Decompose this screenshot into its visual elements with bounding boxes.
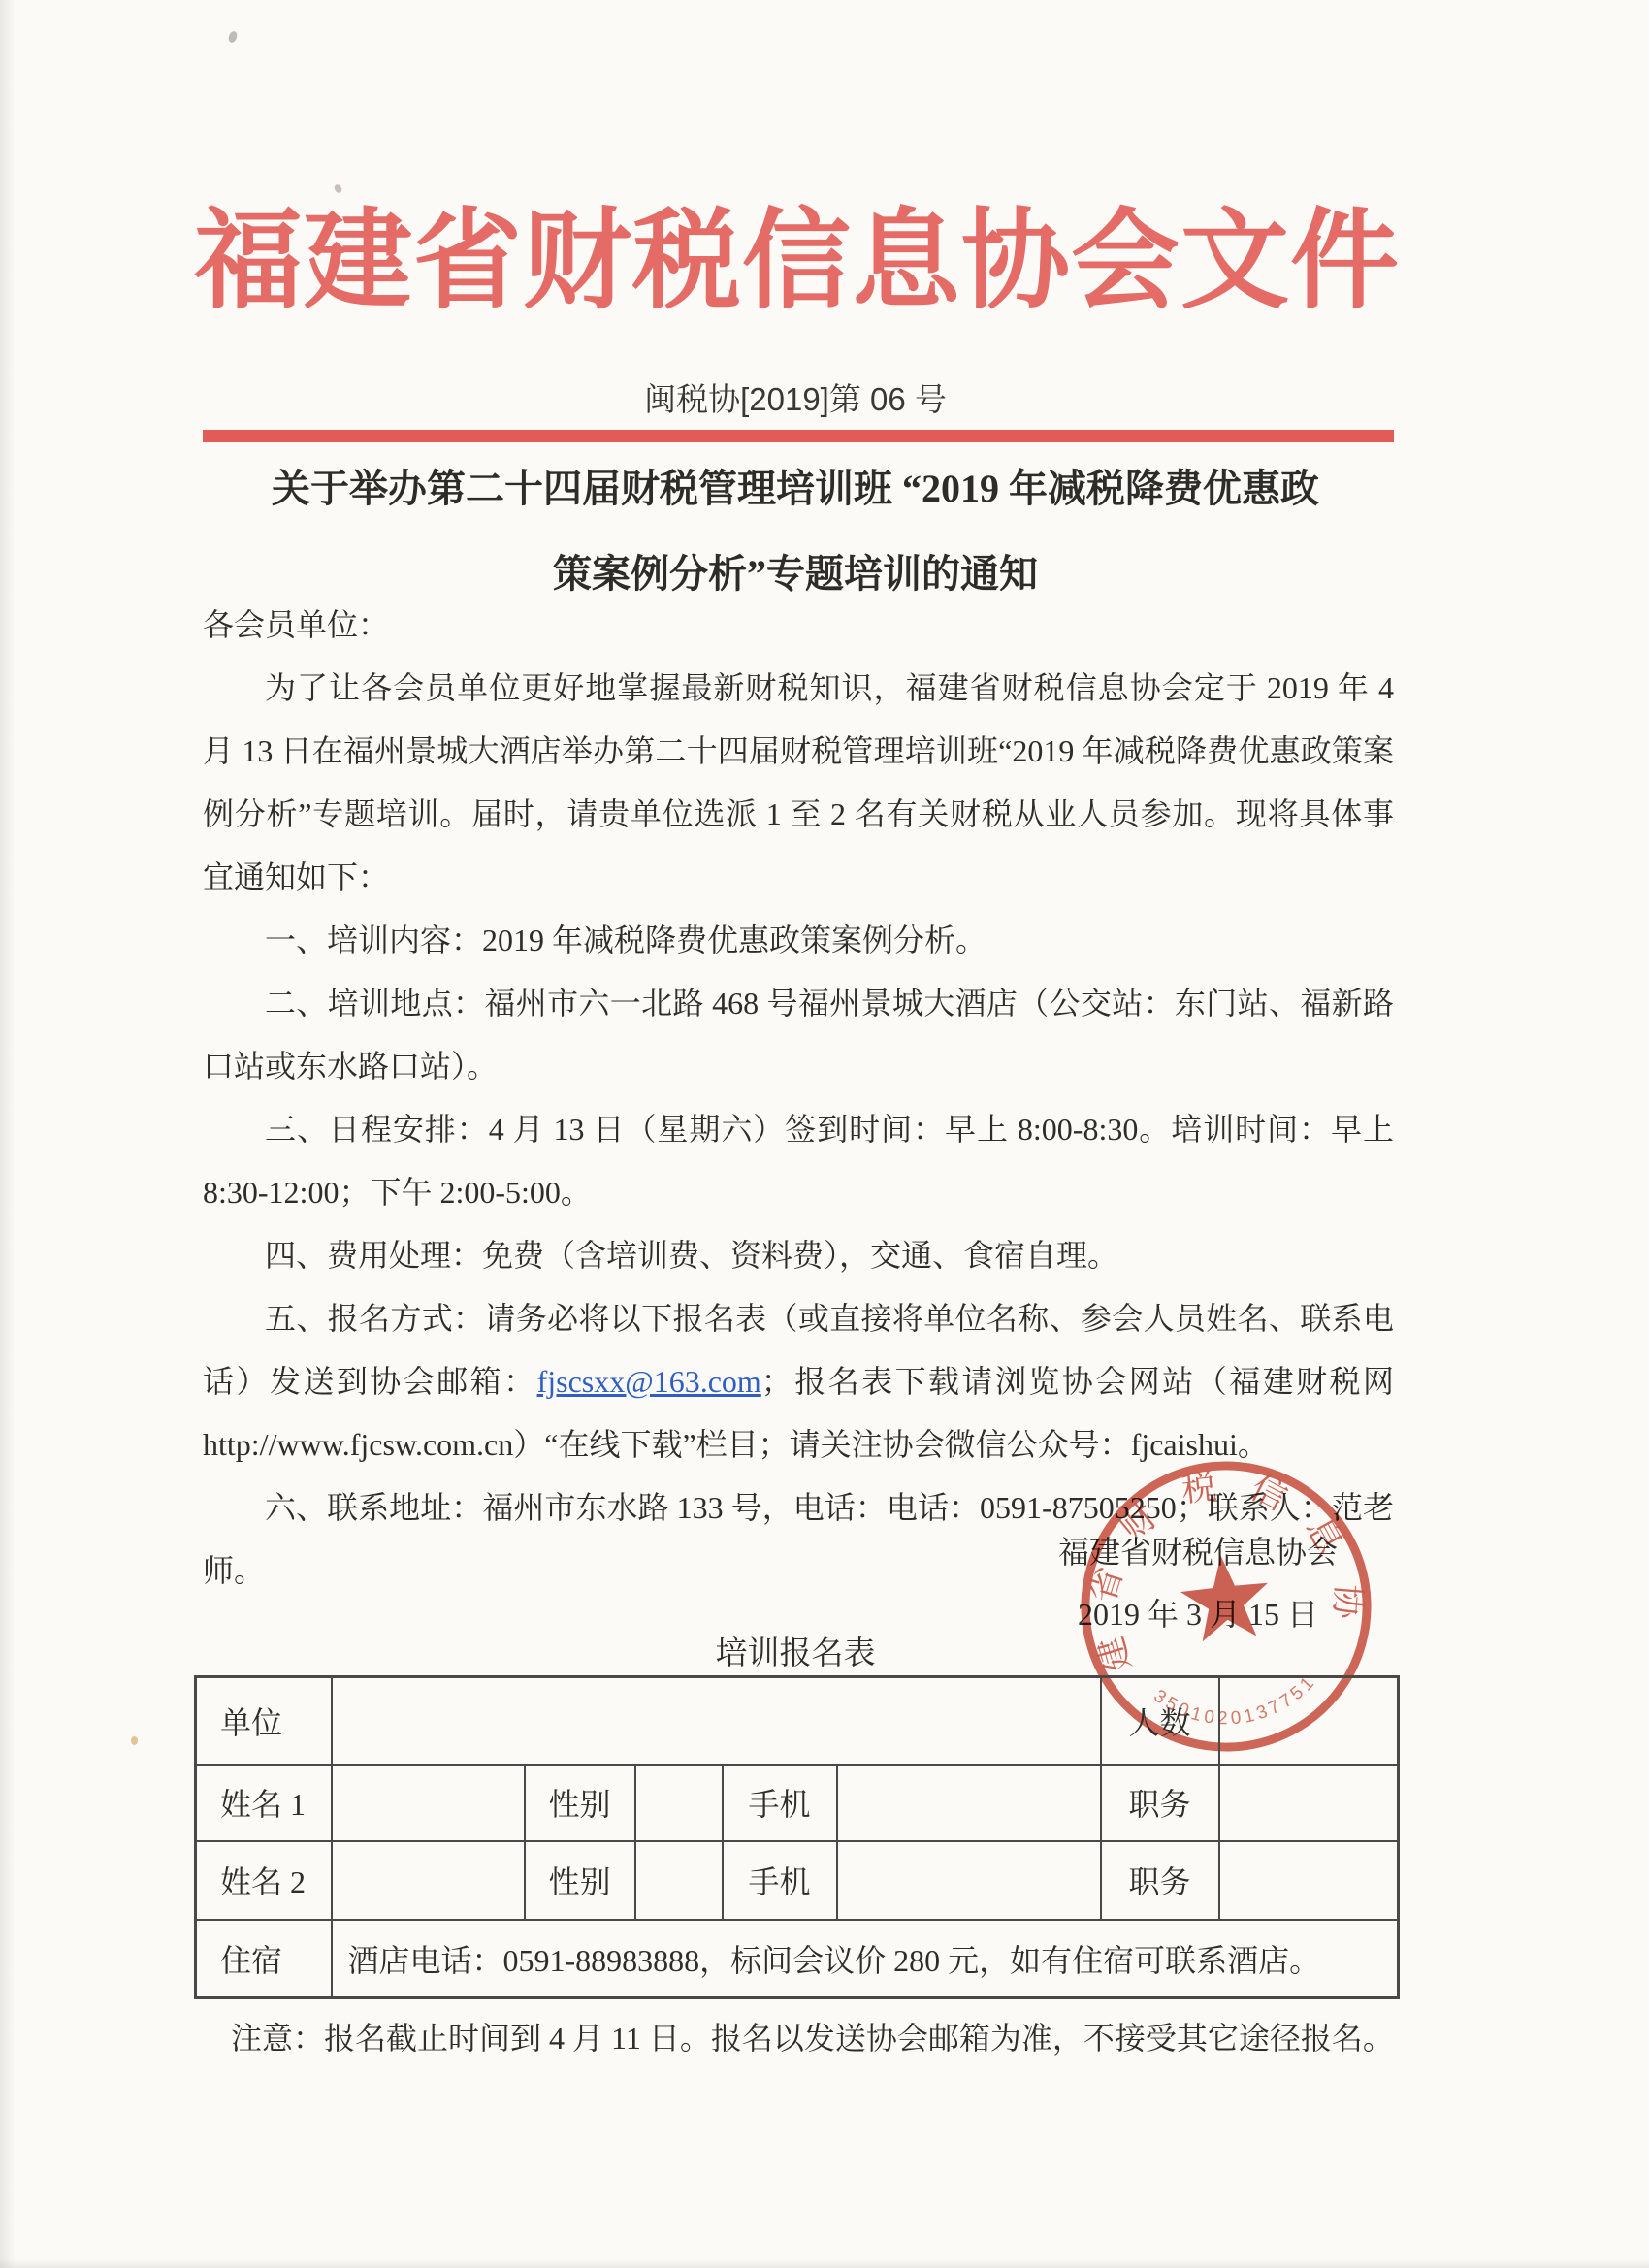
table-row-unit: 单位 人数 — [196, 1677, 1399, 1765]
item-training-fee: 四、费用处理：免费（含培训费、资料费），交通、食宿自理。 — [203, 1224, 1394, 1287]
unit-label-cell: 单位 — [196, 1677, 332, 1765]
gender2-value-cell — [635, 1841, 723, 1920]
phone1-label-cell: 手机 — [723, 1765, 837, 1841]
notice-body: 各会员单位： 为了让各会员单位更好地掌握最新财税知识，福建省财税信息协会定于 2… — [203, 594, 1394, 1603]
notice-title-line1: 关于举办第二十四届财税管理培训班 “2019 年减税降费优惠政 — [194, 446, 1397, 532]
scan-speck — [131, 1736, 138, 1745]
item-training-location: 二、培训地点：福州市六一北路 468 号福州景城大酒店（公交站：东门站、福新路口… — [203, 972, 1394, 1098]
phone2-value-cell — [837, 1841, 1101, 1920]
item-training-content: 一、培训内容：2019 年减税降费优惠政策案例分析。 — [203, 909, 1394, 972]
email-address: fjscsxx@163.com — [537, 1364, 761, 1399]
table-row-lodging: 住宿 酒店电话：0591-88983888，标间会议价 280 元，如有住宿可联… — [196, 1920, 1399, 1998]
name2-label-cell: 姓名 2 — [196, 1841, 332, 1920]
count-value-cell — [1219, 1677, 1399, 1765]
scanned-document-page: 福建省财税信息协会文件 闽税协[2019]第 06 号 关于举办第二十四届财税管… — [0, 0, 1649, 2268]
letterhead-divider-line — [203, 430, 1394, 442]
phone1-value-cell — [837, 1765, 1101, 1841]
gender1-value-cell — [635, 1765, 723, 1841]
registration-form-table: 单位 人数 姓名 1 性别 手机 职务 姓名 2 性别 手机 职务 住宿 — [194, 1675, 1400, 1999]
title1-value-cell — [1219, 1765, 1399, 1841]
item-training-schedule: 三、日程安排：4 月 13 日（星期六）签到时间：早上 8:00-8:30。培训… — [203, 1098, 1394, 1224]
unit-value-cell — [332, 1677, 1101, 1765]
phone2-label-cell: 手机 — [723, 1841, 837, 1920]
name2-value-cell — [332, 1841, 525, 1920]
scan-speck — [333, 183, 343, 194]
table-row-name2: 姓名 2 性别 手机 职务 — [196, 1841, 1399, 1920]
count-label-cell: 人数 — [1101, 1677, 1219, 1765]
title1-label-cell: 职务 — [1101, 1765, 1219, 1841]
notice-title: 关于举办第二十四届财税管理培训班 “2019 年减税降费优惠政 策案例分析”专题… — [194, 446, 1397, 617]
title2-value-cell — [1219, 1841, 1399, 1920]
name1-value-cell — [332, 1765, 525, 1841]
name1-label-cell: 姓名 1 — [196, 1765, 332, 1841]
scan-edge-shadow-bottom — [0, 2258, 1649, 2268]
email-link[interactable]: fjscsxx@163.com — [537, 1364, 761, 1399]
salutation: 各会员单位： — [203, 594, 1394, 657]
footer-note: 注意：报名截止时间到 4 月 11 日。报名以发送协会邮箱为准，不接受其它途径报… — [231, 2014, 1434, 2058]
item-registration-method: 五、报名方式：请务必将以下报名表（或直接将单位名称、参会人员姓名、联系电话）发送… — [203, 1287, 1394, 1476]
lodging-label-cell: 住宿 — [196, 1920, 332, 1998]
scan-edge-shadow-left — [0, 0, 16, 2268]
form-title: 培训报名表 — [194, 1628, 1397, 1673]
scan-speck — [227, 30, 239, 44]
title2-label-cell: 职务 — [1101, 1841, 1219, 1920]
document-number: 闽税协[2019]第 06 号 — [194, 374, 1397, 420]
letterhead-title: 福建省财税信息协会文件 — [194, 197, 1397, 325]
gender1-label-cell: 性别 — [525, 1765, 635, 1841]
paragraph-intro: 为了让各会员单位更好地掌握最新财税知识，福建省财税信息协会定于 2019 年 4… — [203, 657, 1394, 909]
lodging-info-cell: 酒店电话：0591-88983888，标间会议价 280 元，如有住宿可联系酒店… — [332, 1920, 1399, 1998]
gender2-label-cell: 性别 — [525, 1841, 635, 1920]
table-row-name1: 姓名 1 性别 手机 职务 — [196, 1765, 1399, 1841]
